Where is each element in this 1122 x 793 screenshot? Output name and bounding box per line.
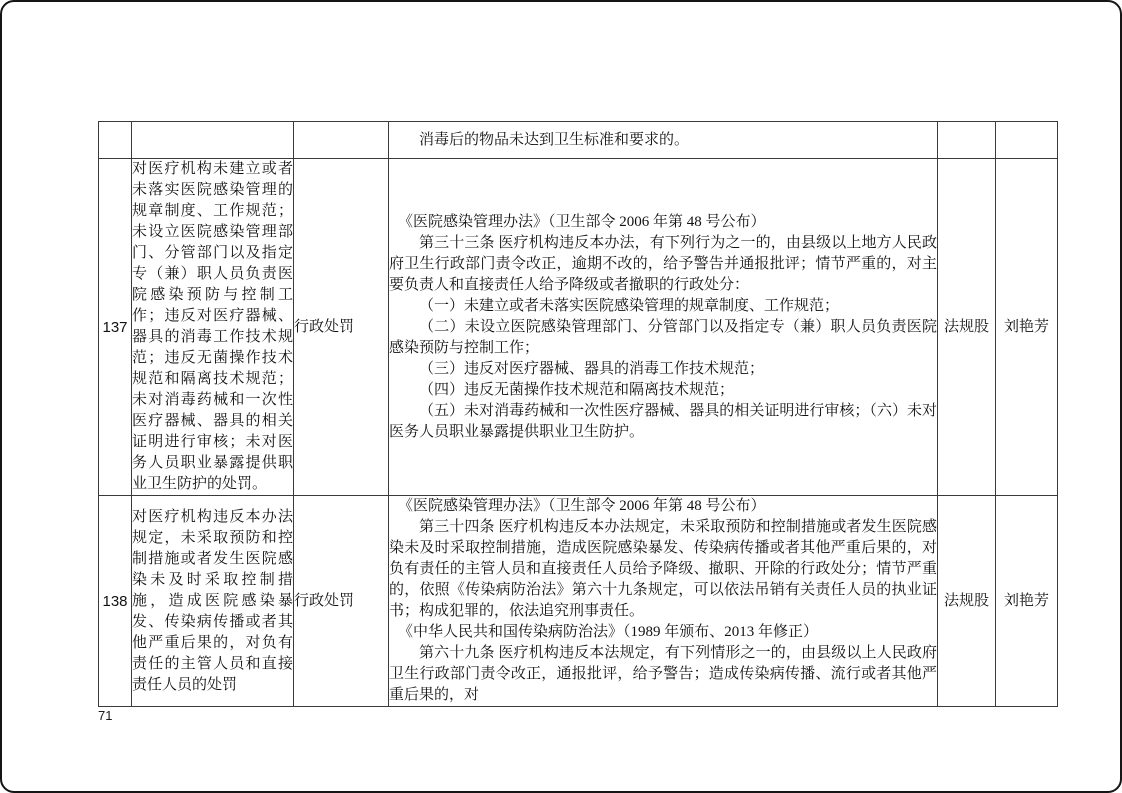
violation-cell: 对医疗机构未建立或者未落实医院感染管理的规章制度、工作规范；未设立医院感染管理部… [132,159,294,496]
punishment-type-cell: 行政处罚 [294,159,389,496]
legal-paragraph: 《医院感染管理办法》（卫生部令 2006 年第 48 号公布） [389,496,937,517]
legal-paragraph: （四）违反无菌操作技术规范和隔离技术规范； [389,380,937,401]
regulation-table: 消毒后的物品未达到卫生标准和要求的。 137 对医疗机构未建立或者未落实医院感染… [98,121,1058,707]
department-cell [938,122,996,159]
table-row-137: 137 对医疗机构未建立或者未落实医院感染管理的规章制度、工作规范；未设立医院感… [99,159,1058,496]
table-row-138: 138 对医疗机构违反本办法规定，未采取预防和控制措施或者发生医院感染未及时采取… [99,496,1058,707]
legal-paragraph: 消毒后的物品未达到卫生标准和要求的。 [389,130,937,151]
punishment-type-cell [294,122,389,159]
violation-cell [132,122,294,159]
row-number-cell: 138 [99,496,132,707]
legal-paragraph: 《医院感染管理办法》（卫生部令 2006 年第 48 号公布） [389,212,937,233]
legal-paragraph: （五）未对消毒药械和一次性医疗器械、器具的相关证明进行审核；（六）未对医务人员职… [389,401,937,443]
person-cell: 刘艳芳 [996,159,1058,496]
legal-paragraph: 第三十三条 医疗机构违反本办法，有下列行为之一的，由县级以上地方人民政府卫生行政… [389,233,937,296]
legal-basis-cell: 《医院感染管理办法》（卫生部令 2006 年第 48 号公布） 第三十四条 医疗… [389,496,938,707]
legal-basis-cell: 消毒后的物品未达到卫生标准和要求的。 [389,122,938,159]
legal-paragraph: 第三十四条 医疗机构违反本办法规定，未采取预防和控制措施或者发生医院感染未及时采… [389,517,937,622]
person-cell: 刘艳芳 [996,496,1058,707]
row-number-cell: 137 [99,159,132,496]
legal-paragraph: 第六十九条 医疗机构违反本法规定，有下列情形之一的，由县级以上人民政府卫生行政部… [389,643,937,706]
person-cell [996,122,1058,159]
page-number: 71 [98,708,112,723]
legal-paragraph: （二）未设立医院感染管理部门、分管部门以及指定专（兼）职人员负责医院感染预防与控… [389,317,937,359]
document-page: 消毒后的物品未达到卫生标准和要求的。 137 对医疗机构未建立或者未落实医院感染… [0,0,1122,793]
punishment-type-cell: 行政处罚 [294,496,389,707]
legal-paragraph: （一）未建立或者未落实医院感染管理的规章制度、工作规范； [389,296,937,317]
department-cell: 法规股 [938,159,996,496]
department-cell: 法规股 [938,496,996,707]
row-number-cell [99,122,132,159]
legal-basis-cell: 《医院感染管理办法》（卫生部令 2006 年第 48 号公布） 第三十三条 医疗… [389,159,938,496]
legal-paragraph: （三）违反对医疗器械、器具的消毒工作技术规范； [389,359,937,380]
legal-paragraph: 《中华人民共和国传染病防治法》（1989 年颁布、2013 年修正） [389,622,937,643]
table-row-carryover: 消毒后的物品未达到卫生标准和要求的。 [99,122,1058,159]
violation-cell: 对医疗机构违反本办法规定，未采取预防和控制措施或者发生医院感染未及时采取控制措施… [132,496,294,707]
